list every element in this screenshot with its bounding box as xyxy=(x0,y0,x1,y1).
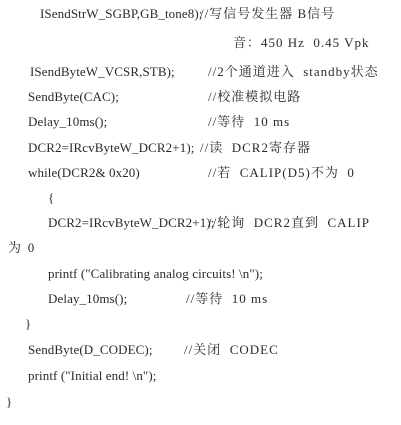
code-line-3: ISendByteW_VCSR,STB); xyxy=(30,64,175,80)
code-comment-1: //写信号发生器 B信号 xyxy=(200,6,335,22)
code-comment-12: //等待 10 ms xyxy=(186,291,268,307)
code-comment-2: 音：450 Hz 0.45 Vpk xyxy=(233,35,370,51)
code-comment-7: //若 CALIP(D5)不为 0 xyxy=(208,165,355,181)
code-comment-5: //等待 10 ms xyxy=(208,114,290,130)
code-comment-9: //轮询 DCR2直到 CALIP xyxy=(208,215,370,231)
code-line-5: Delay_10ms(); xyxy=(28,114,107,130)
code-line-9: DCR2=IRcvByteW_DCR2+1); xyxy=(48,215,214,231)
code-line-16: } xyxy=(6,394,12,410)
code-comment-4: //校准模拟电路 xyxy=(208,89,301,105)
code-line-4: SendByte(CAC); xyxy=(28,89,119,105)
code-listing: ISendStrW_SGBP,GB_tone8); //写信号发生器 B信号 音… xyxy=(0,0,401,425)
code-line-8: { xyxy=(48,190,54,206)
code-comment-3: //2个通道进入 standby状态 xyxy=(208,64,379,80)
code-line-15: printf ("Initial end! \n"); xyxy=(28,368,156,384)
code-line-12: Delay_10ms(); xyxy=(48,291,127,307)
code-comment-6: //读 DCR2寄存器 xyxy=(200,140,311,156)
code-line-7: while(DCR2& 0x20) xyxy=(28,165,140,181)
code-line-13: } xyxy=(25,316,31,332)
code-line-6: DCR2=IRcvByteW_DCR2+1); xyxy=(28,140,194,156)
code-line-10: 为 0 xyxy=(8,240,34,256)
code-line-1: ISendStrW_SGBP,GB_tone8); xyxy=(40,6,202,22)
code-line-14: SendByte(D_CODEC); xyxy=(28,342,153,358)
code-line-11: printf ("Calibrating analog circuits! \n… xyxy=(48,266,263,282)
code-comment-14: //关闭 CODEC xyxy=(184,342,279,358)
